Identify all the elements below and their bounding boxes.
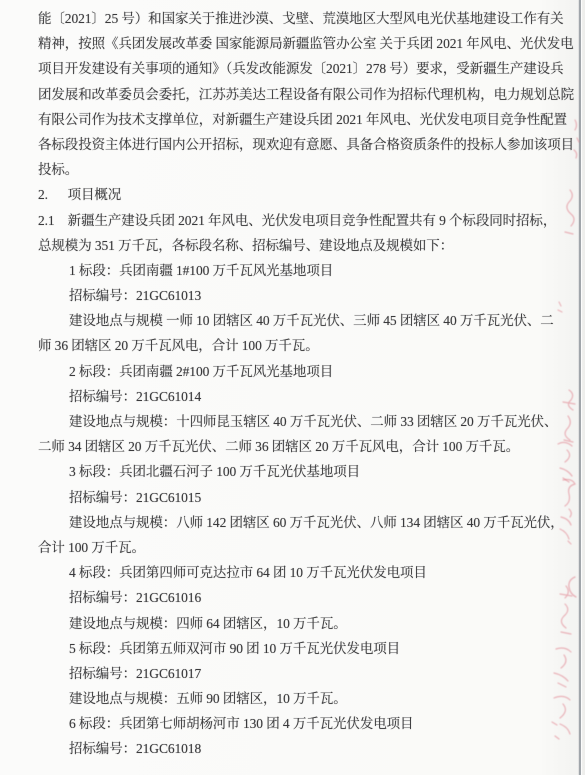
text-line: 有限公司作为技术支撑单位，对新疆生产建设兵团 2021 年风电、光伏发电项目竞争… <box>38 107 580 132</box>
text-line: 招标编号：21GC61017 <box>38 661 580 686</box>
document-page: 能〔2021〕25 号）和国家关于推进沙漠、戈壁、荒漠地区大型风电光伏基地建设工… <box>0 0 585 775</box>
text-line: 建设地点与规模 一师 10 团辖区 40 万千瓦光伏、三师 45 团辖区 40 … <box>38 308 580 333</box>
text-line: 建设地点与规模：五师 90 团辖区，10 万千瓦。 <box>38 686 580 711</box>
text-line: 招标编号：21GC61016 <box>38 585 580 610</box>
text-line: 1 标段：兵团南疆 1#100 万千瓦风光基地项目 <box>38 258 580 283</box>
document-text: 能〔2021〕25 号）和国家关于推进沙漠、戈壁、荒漠地区大型风电光伏基地建设工… <box>38 6 580 762</box>
text-line: 建设地点与规模：四师 64 团辖区，10 万千瓦。 <box>38 611 580 636</box>
text-line: 2 标段：兵团南疆 2#100 万千瓦风光基地项目 <box>38 359 580 384</box>
text-line: 招标编号：21GC61013 <box>38 283 580 308</box>
text-line: 总规模为 351 万千瓦，各标段名称、招标编号、建设地点及规模如下： <box>38 233 580 258</box>
text-line: 3 标段：兵团北疆石河子 100 万千瓦光伏基地项目 <box>38 459 580 484</box>
text-line: 合计 100 万千瓦。 <box>38 535 580 560</box>
text-line: 5 标段：兵团第五师双河市 90 团 10 万千瓦光伏发电项目 <box>38 636 580 661</box>
text-line: 项目开发建设有关事项的通知》（兵发改能源发〔2021〕278 号）要求，受新疆生… <box>38 56 580 81</box>
text-line: 2. 项目概况 <box>38 182 580 207</box>
text-line: 招标编号：21GC61014 <box>38 384 580 409</box>
text-line: 投标。 <box>38 157 580 182</box>
text-line: 招标编号：21GC61018 <box>38 736 580 761</box>
text-line: 师 36 团辖区 20 万千瓦风电，合计 100 万千瓦。 <box>38 333 580 358</box>
text-line: 各标段投资主体进行国内公开招标，现欢迎有意愿、具备合格资质条件的投标人参加该项目 <box>38 132 580 157</box>
page-edge-line <box>579 0 581 775</box>
text-line: 能〔2021〕25 号）和国家关于推进沙漠、戈壁、荒漠地区大型风电光伏基地建设工… <box>38 6 580 31</box>
text-line: 团发展和改革委员会委托，江苏苏美达工程设备有限公司作为招标代理机构，电力规划总院 <box>38 82 580 107</box>
text-line: 2.1 新疆生产建设兵团 2021 年风电、光伏发电项目竞争性配置共有 9 个标… <box>38 208 580 233</box>
text-line: 6 标段：兵团第七师胡杨河市 130 团 4 万千瓦光伏发电项目 <box>38 711 580 736</box>
text-line: 精神，按照《兵团发展改革委 国家能源局新疆监管办公室 关于兵团 2021 年风电… <box>38 31 580 56</box>
text-line: 二师 34 团辖区 20 万千瓦光伏、二师 36 团辖区 20 万千瓦风电，合计… <box>38 434 580 459</box>
text-line: 招标编号：21GC61015 <box>38 485 580 510</box>
text-line: 4 标段：兵团第四师可克达拉市 64 团 10 万千瓦光伏发电项目 <box>38 560 580 585</box>
text-line: 建设地点与规模：十四师昆玉辖区 40 万千瓦光伏、二师 33 团辖区 20 万千… <box>38 409 580 434</box>
text-line: 建设地点与规模：八师 142 团辖区 60 万千瓦光伏、八师 134 团辖区 4… <box>38 510 580 535</box>
